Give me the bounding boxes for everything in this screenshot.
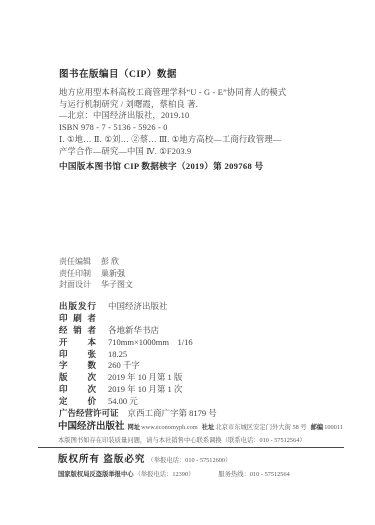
pub-value-edition: 2019 年 10 月第 1 版	[108, 372, 182, 382]
website-url: www.economyph.com	[141, 424, 198, 431]
staff-label-cover-design: 封面设计	[59, 279, 91, 291]
copyright-report-phone: （举报电话：010 - 57512600）	[147, 457, 231, 464]
cip-isbn-line: ISBN 978 - 7 - 5136 - 5926 - 0	[59, 122, 329, 134]
service-hotline: 服务热线：010 - 57512564	[218, 471, 289, 478]
pub-value-distributor: 各地新华书店	[108, 325, 159, 335]
pub-label-price: 定价	[59, 396, 96, 408]
footer-block: 中国经济出版社网址www.economyph.com 社址北京市东城区安定门外大…	[38, 419, 344, 479]
pub-value-publisher: 中国经济出版社	[108, 301, 168, 311]
staff-row-editor: 责任编辑彭 欣	[59, 256, 133, 268]
cip-registry-number: 中国版本图书馆 CIP 数据核字（2019）第 209768 号	[59, 160, 329, 172]
cip-publisher-line: —北京：中国经济出版社，2019.10	[59, 110, 329, 122]
anti-piracy-phone: （举报电话：12390）	[135, 471, 195, 478]
pub-value-price: 54.00 元	[108, 396, 138, 406]
cip-classification-line-1: Ⅰ. ①地… Ⅱ. ①刘… ②蔡… Ⅲ. ①地方高校—工商行政管理—	[59, 134, 329, 146]
cip-header: 图书在版编目（CIP）数据	[59, 66, 329, 80]
pub-row-format: 开本710mm×1000mm 1/16	[59, 337, 217, 349]
anti-piracy-center: 国家版权局反盗版举报中心	[58, 471, 134, 478]
publisher-contact-line: 中国经济出版社网址www.economyph.com 社址北京市东城区安定门外大…	[58, 419, 344, 433]
staff-credits: 责任编辑彭 欣 责任印制巢新强 封面设计华子图文	[59, 256, 133, 291]
staff-row-print-supervisor: 责任印制巢新强	[59, 268, 133, 280]
pub-label-printer: 印刷者	[59, 313, 96, 325]
publication-details: 出版发行中国经济出版社 印刷者 经销者各地新华书店 开本710mm×1000mm…	[59, 301, 217, 420]
pub-value-word-count: 260 千字	[108, 360, 140, 370]
staff-label-editor: 责任编辑	[59, 256, 91, 268]
pub-label-distributor: 经销者	[59, 325, 96, 337]
pub-value-sheets: 18.25	[108, 349, 127, 359]
pub-row-sheets: 印张18.25	[59, 349, 217, 361]
pub-row-publisher: 出版发行中国经济出版社	[59, 301, 217, 313]
pub-row-impression: 印次2019 年 10 月第 1 次	[59, 384, 217, 396]
anti-piracy-line: 国家版权局反盗版举报中心（举报电话：12390）服务热线：010 - 57512…	[58, 467, 344, 479]
pub-row-distributor: 经销者各地新华书店	[59, 325, 217, 337]
pub-value-format: 710mm×1000mm 1/16	[108, 337, 193, 347]
book-copyright-page: 图书在版编目（CIP）数据 地方应用型本科高校工商管理学科“U - G - E”…	[0, 0, 375, 525]
footer-divider	[38, 447, 344, 448]
postcode-label: 邮编	[311, 424, 324, 431]
website-label: 网址	[128, 424, 141, 431]
quality-exchange-note: 本版图书如存在印装质量问题，请与本社销售中心联系调换（联系电话：010 - 57…	[58, 435, 344, 444]
publisher-name: 中国经济出版社	[58, 422, 125, 432]
pub-row-word-count: 字数260 千字	[59, 360, 217, 372]
address-value: 北京市东城区安定门外大街 58 号	[215, 424, 306, 431]
cip-classification-line-2: 产学合作—研究—中国 Ⅳ. ①F203.9	[59, 146, 329, 158]
pub-value-impression: 2019 年 10 月第 1 次	[108, 384, 182, 394]
pub-label-word-count: 字数	[59, 360, 96, 372]
staff-value-cover-design: 华子图文	[101, 280, 133, 289]
cip-title-line-1: 地方应用型本科高校工商管理学科“U - G - E”协同育人的模式	[59, 87, 329, 99]
pub-row-printer: 印刷者	[59, 313, 217, 325]
pub-label-publisher: 出版发行	[59, 301, 96, 313]
pub-value-ad-license: 京西工商广字第 8179 号	[128, 408, 217, 418]
pub-row-edition: 版次2019 年 10 月第 1 版	[59, 372, 217, 384]
pub-label-edition: 版次	[59, 372, 96, 384]
staff-value-editor: 彭 欣	[101, 257, 119, 266]
copyright-line: 版权所有 盗版必究（举报电话：010 - 57512600）	[58, 452, 344, 466]
cip-block: 图书在版编目（CIP）数据 地方应用型本科高校工商管理学科“U - G - E”…	[59, 66, 329, 172]
cip-title-line-2: 与运行机制研究 / 刘曙霞，蔡柏良 著.	[59, 99, 329, 111]
pub-label-format: 开本	[59, 337, 96, 349]
copyright-statement: 版权所有 盗版必究	[58, 455, 145, 465]
pub-row-price: 定价54.00 元	[59, 396, 217, 408]
staff-label-print-supervisor: 责任印制	[59, 268, 91, 280]
staff-value-print-supervisor: 巢新强	[101, 269, 125, 278]
pub-label-impression: 印次	[59, 384, 96, 396]
staff-row-cover-design: 封面设计华子图文	[59, 279, 133, 291]
postcode-value: 100011	[324, 424, 343, 431]
pub-label-sheets: 印张	[59, 349, 96, 361]
address-label: 社址	[202, 424, 215, 431]
